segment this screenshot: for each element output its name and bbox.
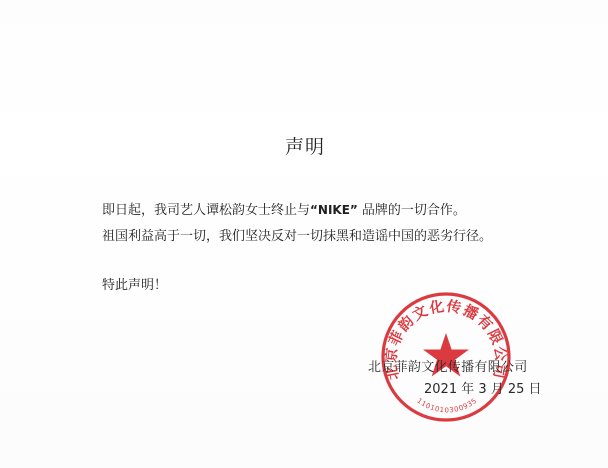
paragraph-text: 品牌的一切合作。 bbox=[358, 203, 466, 218]
paragraph-closing: 特此声明！ bbox=[102, 278, 167, 294]
signature-date: 2021 年 3 月 25 日 bbox=[424, 378, 542, 397]
title-text: 声明 bbox=[285, 132, 325, 159]
page-title: 声明 bbox=[0, 132, 608, 159]
brand-name: “NIKE” bbox=[310, 203, 358, 217]
document-page: 声明 即日起，我司艺人谭松韵女士终止与“NIKE” 品牌的一切合作。 祖国利益高… bbox=[0, 0, 608, 468]
signature-company: 北京菲韵文化传播有限公司 bbox=[368, 356, 528, 375]
paragraph-text: 即日起，我司艺人谭松韵女士终止与 bbox=[102, 203, 310, 218]
paragraph-termination: 即日起，我司艺人谭松韵女士终止与“NIKE” 品牌的一切合作。 bbox=[102, 202, 466, 219]
paragraph-statement: 祖国利益高于一切，我们坚决反对一切抹黑和造谣中国的恶劣行径。 bbox=[102, 229, 492, 245]
svg-text:1101010300935: 1101010300935 bbox=[415, 397, 478, 415]
stamp-serial: 1101010300935 bbox=[415, 397, 478, 415]
